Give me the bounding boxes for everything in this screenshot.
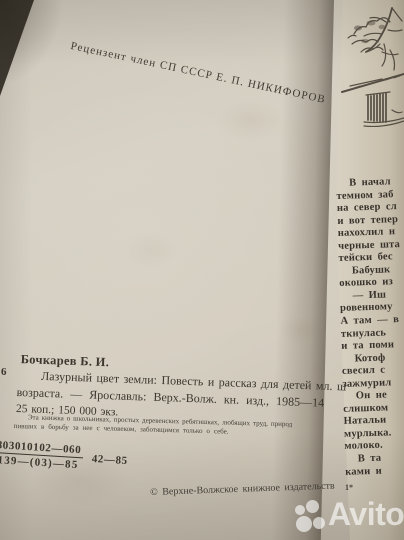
avito-watermark: Avito	[295, 496, 404, 534]
right-page-text: В началтемном забна север сли вот теперн…	[336, 175, 404, 479]
text-line: ками и	[345, 464, 404, 479]
text-line: А там — в	[340, 313, 404, 328]
book-photo: Рецензент член СП СССР Е. П. НИКИФОРОВ 6…	[0, 0, 404, 540]
catalog-order-code: 42—85	[91, 452, 128, 466]
footnote-mark: 1*	[345, 483, 353, 492]
catalog-fraction: 803010102—060 139—(03)—85	[0, 439, 84, 471]
tree-fence-illustration	[328, 0, 404, 190]
avito-logo-icon	[295, 500, 325, 534]
margin-code-fragment: 6	[1, 366, 7, 378]
watermark-label: Avito	[328, 496, 404, 532]
text-line: черные шта	[338, 238, 404, 253]
